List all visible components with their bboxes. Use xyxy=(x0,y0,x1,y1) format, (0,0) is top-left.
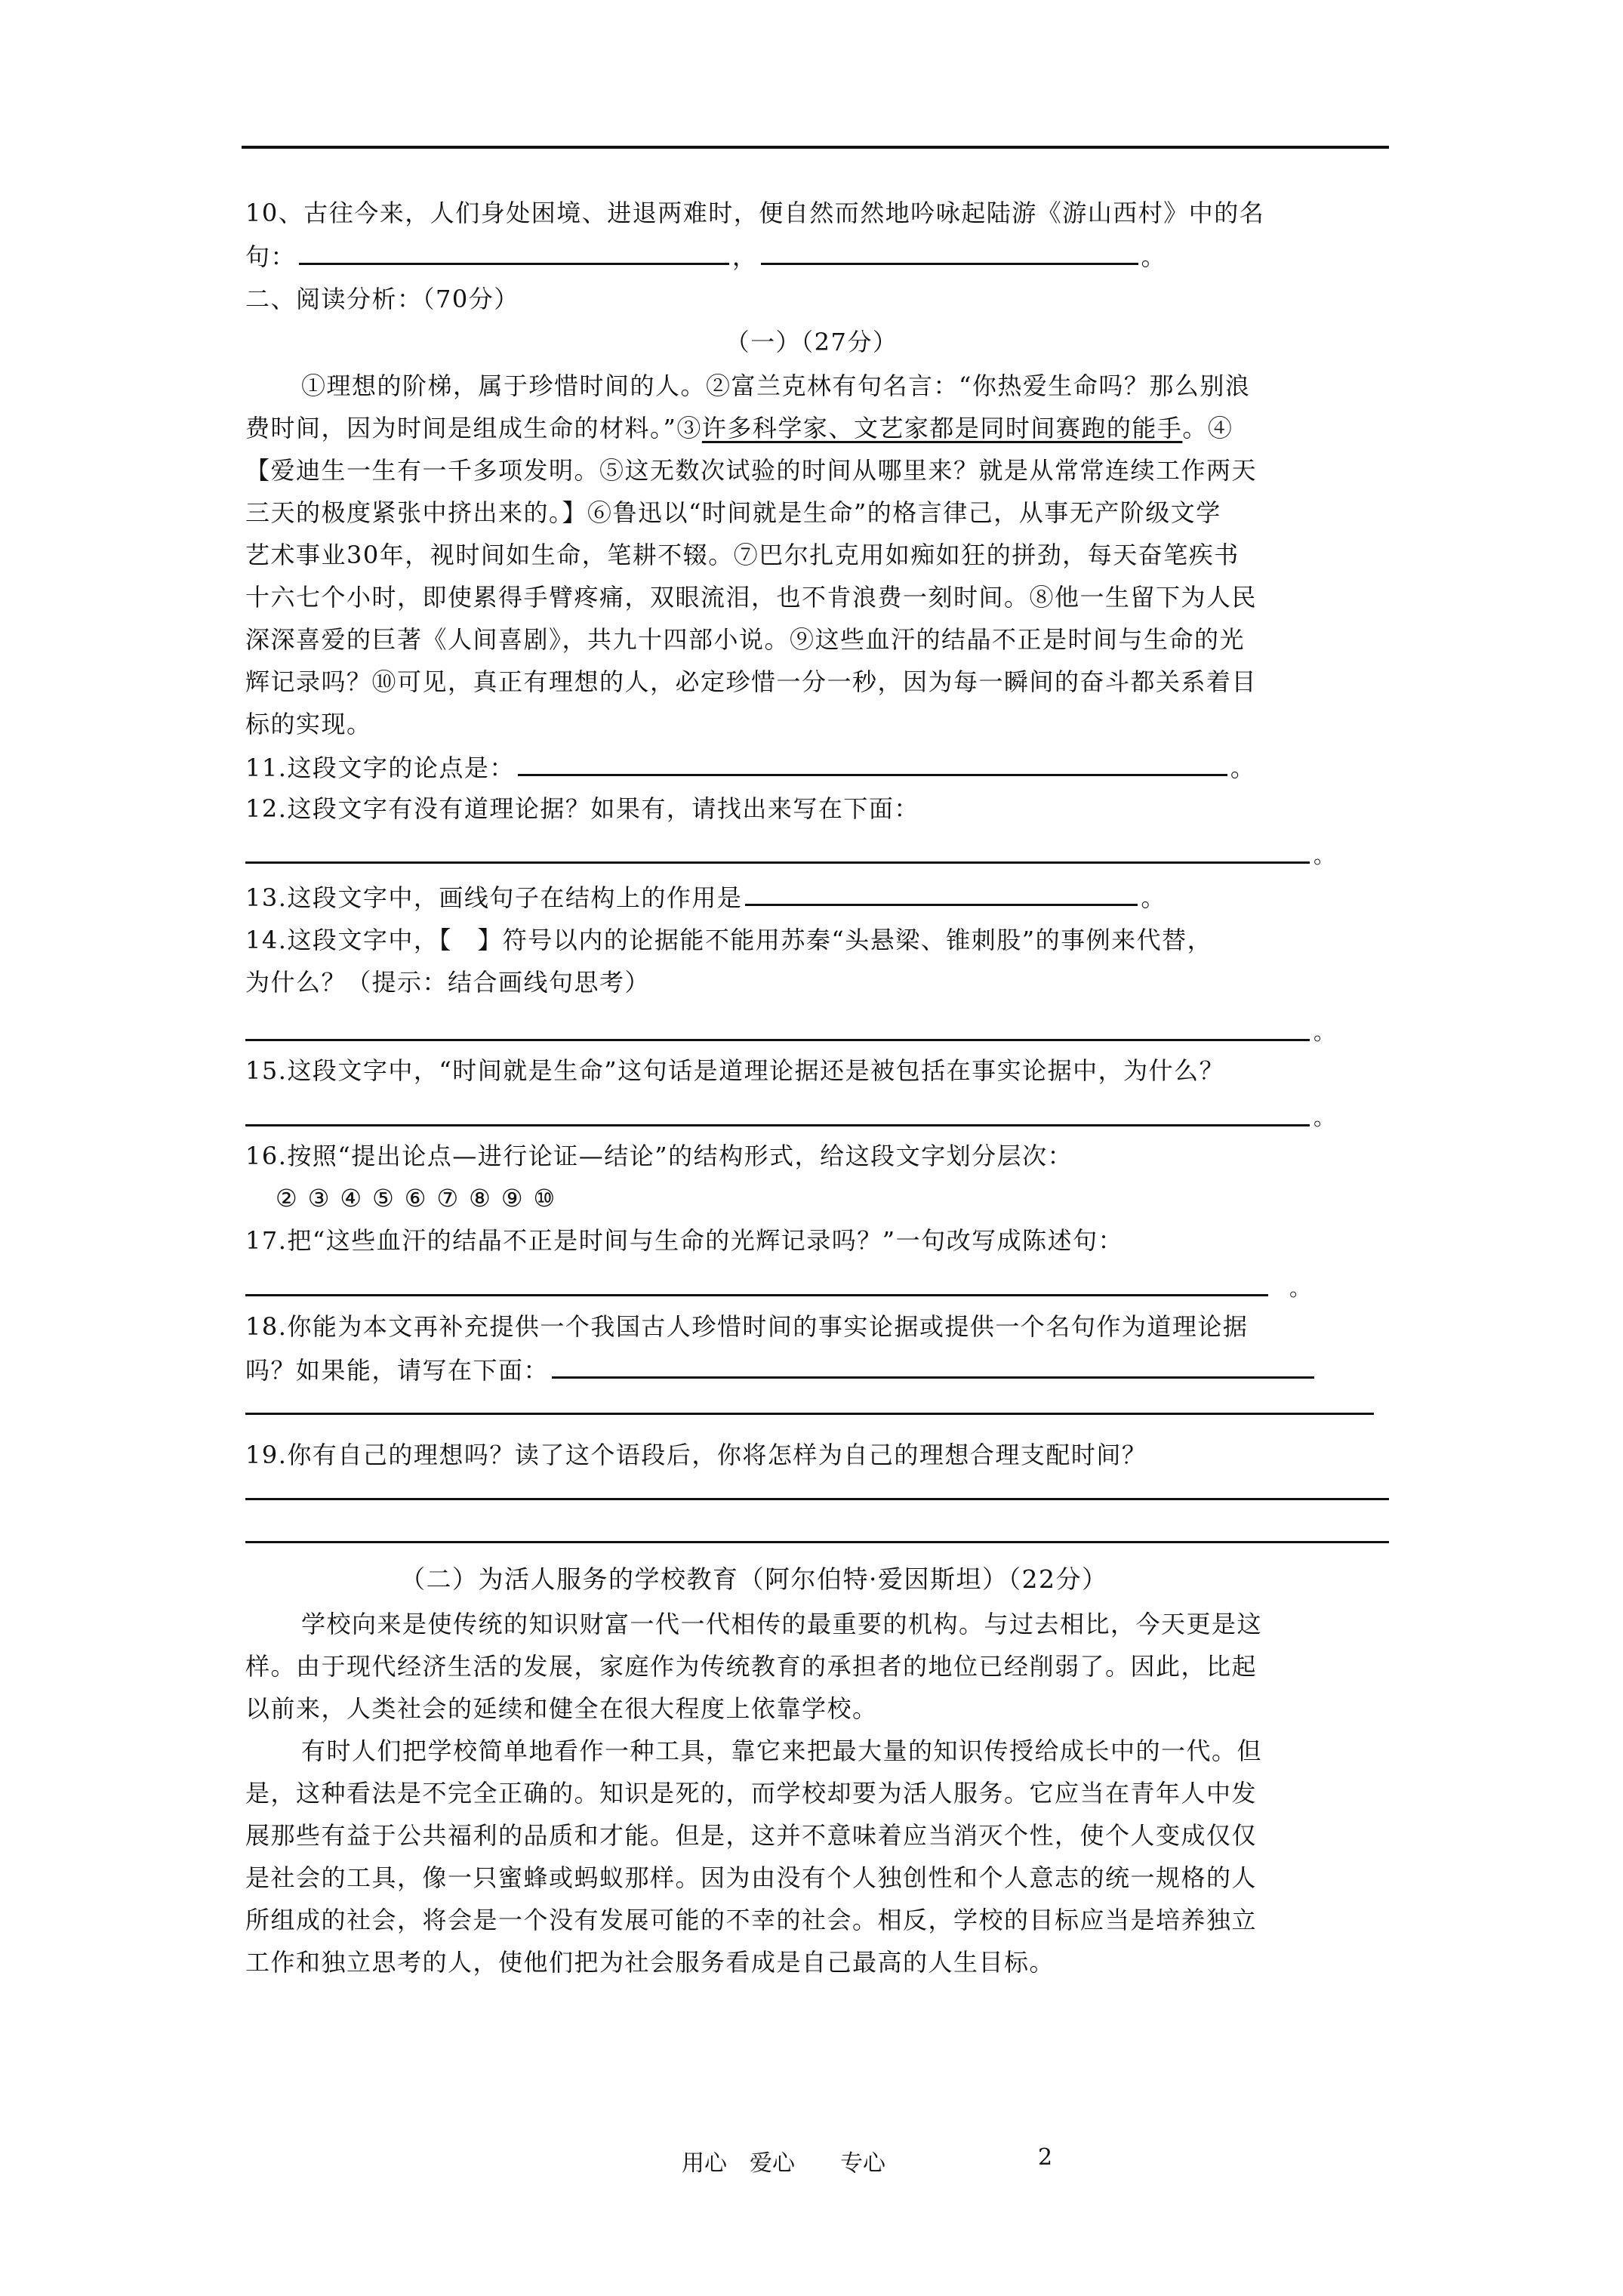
passage1-line: ①理想的阶梯，属于珍惜时间的人。②富兰克林有句名言：“你热爱生命吗？那么别浪 xyxy=(301,371,1378,401)
underlined-sentence: 许多科学家、文艺家都是同时间赛跑的能手 xyxy=(702,414,1183,442)
q17-prompt: 17.把“这些血汗的结晶不正是时间与生命的光辉记录吗？”一句改写成陈述句： xyxy=(245,1225,1378,1256)
q16-paragraph-markers: ②③④⑤⑥⑦⑧⑨⑩ xyxy=(276,1183,1408,1213)
q13-period: 。 xyxy=(1141,883,1166,912)
passage1-line: 深深喜爱的巨著《人间喜剧》，共九十四部小说。⑨这些血汗的结晶不正是时间与生命的光 xyxy=(245,624,1378,655)
q19-answer-line-1[interactable] xyxy=(245,1498,1389,1500)
header-rule xyxy=(242,146,1389,149)
q18-line2: 吗？如果能，请写在下面： xyxy=(245,1354,1378,1385)
page-number: 2 xyxy=(1038,2144,1052,2171)
passage2-line: 是，这种看法是不完全正确的。知识是死的，而学校却要为活人服务。它应当在青年人中发 xyxy=(245,1778,1378,1808)
passage2-line: 展那些有益于公共福利的品质和才能。但是，这并不意味着应当消灭个性，使个人变成仅仅 xyxy=(245,1820,1378,1851)
q11-prompt: 11.这段文字的论点是： xyxy=(245,754,515,782)
passage1-line: 三天的极度紧张中挤出来的。】⑥鲁迅以“时间就是生命”的格言律己，从事无产阶级文学 xyxy=(245,498,1378,528)
q19-prompt: 19.你有自己的理想吗？读了这个语段后，你将怎样为自己的理想合理支配时间？ xyxy=(245,1440,1378,1470)
passage1-line: 费时间，因为时间是组成生命的材料。”③许多科学家、文艺家都是同时间赛跑的能手。④ xyxy=(245,413,1378,443)
q10-period: 。 xyxy=(1141,242,1167,271)
q10-prefix: 句： xyxy=(245,242,296,271)
passage1-text: 。④ xyxy=(1182,414,1233,442)
passage2-line: 是社会的工具，像一只蜜蜂或蚂蚁那样。因为由没有个人独创性和个人意志的统一规格的人 xyxy=(245,1863,1378,1893)
q12-answer-line[interactable] xyxy=(245,861,1310,864)
passage1-line: 十六七个小时，即使累得手臂疼痛，双眼流泪，也不肯浪费一刻时间。⑧他一生留下为人民 xyxy=(245,582,1378,612)
section2-heading: 二、阅读分析：（70分） xyxy=(245,284,1378,314)
q18-answer-blank[interactable] xyxy=(552,1354,1314,1379)
passage1-line: 【爱迪生一生有一千多项发明。⑤这无数次试验的时间从哪里来？就是从常常连续工作两天 xyxy=(245,455,1378,485)
q10-line2: 句：，。 xyxy=(245,240,1378,272)
q13: 13.这段文字中，画线句子在结构上的作用是。 xyxy=(245,881,1378,913)
q10-comma: ， xyxy=(732,242,758,271)
q11: 11.这段文字的论点是：。 xyxy=(245,751,1378,783)
circle-3-marker: ③ xyxy=(676,414,702,442)
passage2-title: （二）为活人服务的学校教育（阿尔伯特·爱因斯坦）（22分） xyxy=(400,1564,1381,1595)
q14-line2: 为什么？（提示：结合画线句思考） xyxy=(245,967,1378,997)
q12-period: 。 xyxy=(1313,840,1335,870)
q12-prompt: 12.这段文字有没有道理论据？如果有，请找出来写在下面： xyxy=(245,794,1378,824)
q13-prompt: 13.这段文字中，画线句子在结构上的作用是 xyxy=(245,883,742,912)
passage1-line: 辉记录吗？⑩可见，真正有理想的人，必定珍惜一分一秒，因为每一瞬间的奋斗都关系着目 xyxy=(245,667,1378,697)
footer-motto: 用心 爱心 专心 xyxy=(682,2144,885,2177)
q18-line1: 18.你能为本文再补充提供一个我国古人珍惜时间的事实论据或提供一个名句作为道理论… xyxy=(245,1311,1378,1342)
passage2-line: 样。由于现代经济生活的发展，家庭作为传统教育的承担者的地位已经削弱了。因此，比起 xyxy=(245,1651,1378,1681)
q10-answer-blank-2[interactable] xyxy=(761,240,1138,265)
q17-period: 。 xyxy=(1289,1272,1310,1302)
q15-answer-line[interactable] xyxy=(245,1124,1310,1126)
q14-line1: 14.这段文字中，【 】符号以内的论据能不能用苏秦“头悬梁、锥刺股”的事例来代替… xyxy=(245,925,1378,955)
passage2-line: 有时人们把学校简单地看作一种工具，靠它来把最大量的知识传授给成长中的一代。但 xyxy=(301,1736,1378,1766)
q10-answer-blank-1[interactable] xyxy=(299,240,729,265)
passage2-line: 以前来，人类社会的延续和健全在很大程度上依靠学校。 xyxy=(245,1693,1378,1724)
passage1-line: 标的实现。 xyxy=(245,709,1378,739)
q15-period: 。 xyxy=(1313,1102,1335,1132)
passage2-line: 所组成的社会，将会是一个没有发展可能的不幸的社会。相反，学校的目标应当是培养独立 xyxy=(245,1905,1378,1935)
passage1-title: （一）（27分） xyxy=(245,327,1378,357)
passage1-text: 费时间，因为时间是组成生命的材料。” xyxy=(245,414,676,442)
q18-prompt: 吗？如果能，请写在下面： xyxy=(245,1356,549,1385)
q13-answer-blank[interactable] xyxy=(745,881,1138,906)
q14-period: 。 xyxy=(1313,1016,1335,1046)
q11-answer-blank[interactable] xyxy=(518,751,1227,776)
q18-answer-line-2[interactable] xyxy=(245,1413,1374,1415)
q14-answer-line[interactable] xyxy=(245,1039,1310,1041)
q15-prompt: 15.这段文字中，“时间就是生命”这句话是道理论据还是被包括在事实论据中，为什么… xyxy=(245,1056,1378,1086)
q16-prompt: 16.按照“提出论点—进行论证—结论”的结构形式，给这段文字划分层次： xyxy=(245,1141,1378,1171)
q19-answer-line-2[interactable] xyxy=(245,1541,1389,1543)
q17-answer-line[interactable] xyxy=(245,1294,1268,1296)
q10-line1: 10、古往今来，人们身处困境、进退两难时，便自然而然地吟咏起陆游《游山西村》中的… xyxy=(245,198,1378,228)
q11-period: 。 xyxy=(1230,754,1256,782)
passage2-line: 学校向来是使传统的知识财富一代一代相传的最重要的机构。与过去相比，今天更是这 xyxy=(301,1609,1378,1639)
passage2-line: 工作和独立思考的人，使他们把为社会服务看成是自己最高的人生目标。 xyxy=(245,1947,1378,1977)
passage1-line: 艺术事业30年，视时间如生命，笔耕不辍。⑦巴尔扎克用如痴如狂的拼劲，每天奋笔疾书 xyxy=(245,540,1378,570)
